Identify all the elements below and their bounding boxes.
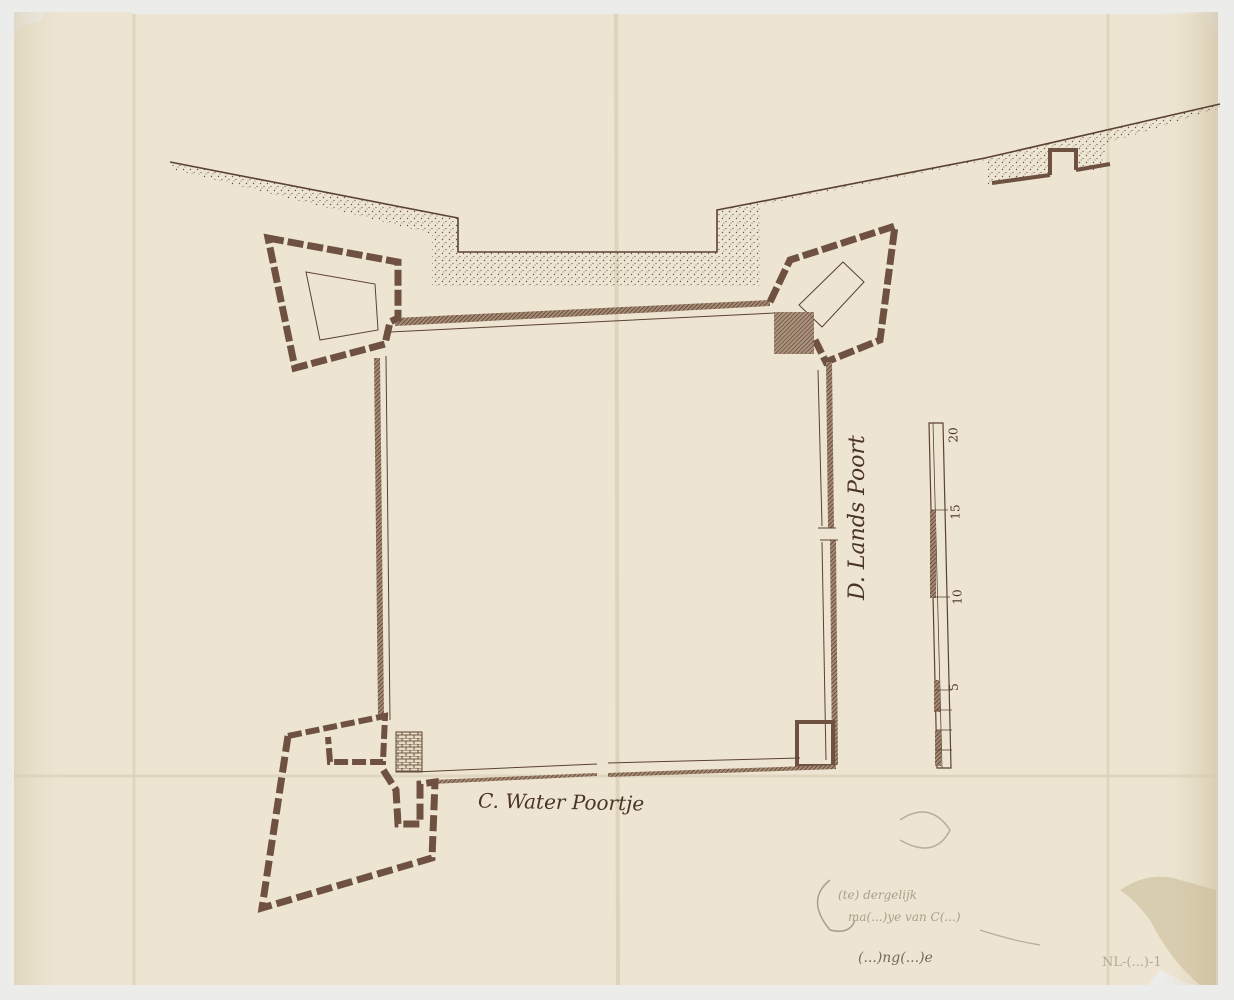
map-sheet: C. Water Poortje D. Lands Poort 5 10 15 … xyxy=(0,0,1234,1000)
scale-tick-15: 15 xyxy=(949,504,963,519)
land-gate-label: D. Lands Poort xyxy=(845,435,870,600)
archival-note-line-1: (te) dergelijk xyxy=(838,888,917,902)
scale-tick-5: 5 xyxy=(947,683,961,691)
inventory-number: NL-(...)-1 xyxy=(1102,955,1162,970)
archival-note-line-3: (...)ng(...)e xyxy=(858,950,933,966)
fortification-plan xyxy=(0,0,1234,1000)
scale-tick-10: 10 xyxy=(951,589,965,604)
water-gate-label: C. Water Poortje xyxy=(478,789,645,816)
water-gate-tower xyxy=(396,732,422,772)
archival-note-line-2: ma(...)ye van C(...) xyxy=(848,910,961,924)
scale-tick-20: 20 xyxy=(947,427,961,442)
